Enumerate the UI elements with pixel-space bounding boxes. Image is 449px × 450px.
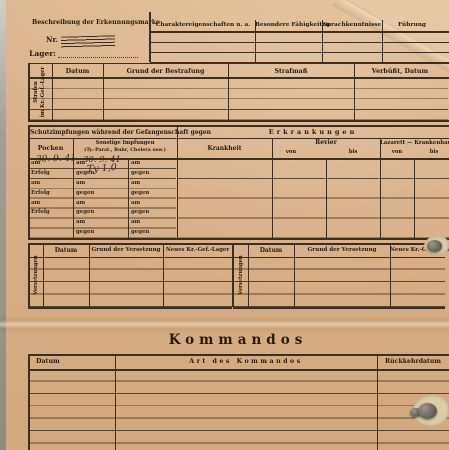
- handwritten-date-pocken: 30. 9. 41: [36, 153, 76, 164]
- entry-label: gegen: [129, 227, 176, 237]
- entry-label: am: [129, 158, 176, 168]
- strafen-col-grund: Grund der Bestrafung: [103, 66, 228, 77]
- traits-col1-header: Charaktereigenschaften u. a.: [151, 20, 255, 31]
- entry-label: am: [29, 198, 72, 208]
- rule-line: [150, 42, 449, 43]
- kommandos-title: Kommandos: [128, 332, 348, 348]
- strafen-col-strafmass: Strafmaß: [228, 66, 354, 77]
- entry-label: Erfolg: [29, 168, 72, 178]
- kommandos-col-datum: Datum: [30, 356, 86, 367]
- rule-line: [150, 52, 449, 53]
- scanned-document: Beschreibung der Erkennungsmarke Nr. Lag…: [0, 0, 449, 450]
- entry-label: gegen: [74, 207, 127, 217]
- horizontal-fold-crease: [0, 315, 449, 333]
- revier-header: Revier: [272, 139, 380, 147]
- entry-label: Erfolg: [29, 188, 72, 198]
- erkrankungen-title: Erkrankungen: [177, 127, 449, 138]
- traits-col4-header: Führung: [382, 20, 442, 31]
- nr-label: Nr.: [44, 34, 60, 45]
- lazarett-bis-label: bis: [420, 148, 448, 156]
- rule-line: [28, 120, 449, 122]
- handwritten-vaccine-type: Ty 1,0: [87, 162, 118, 175]
- entry-label: am: [74, 217, 127, 227]
- versetzungen-left-rows: [29, 257, 232, 307]
- traits-col3-header: Sprachkenntnisse: [322, 20, 382, 31]
- grommet-bottom: [418, 403, 437, 419]
- entry-label: am: [129, 198, 176, 208]
- nr-ruled-lines: [61, 35, 115, 47]
- versetzungen-col-neues: Neues Kr.-Gef.-Lager: [163, 245, 232, 256]
- erkrankungen-row-lines: [178, 159, 449, 238]
- entry-label: am: [129, 217, 176, 227]
- kommandos-col-rueckkehr: Rückkehrdatum: [377, 356, 449, 367]
- entry-label: gegen: [129, 168, 176, 178]
- versetzungen-col-grund: Grund der Versetzung: [294, 245, 390, 256]
- versetzungen-col-grund: Grund der Versetzung: [89, 245, 163, 256]
- entry-label: am: [74, 198, 127, 208]
- erkennungsmarke-title: Beschreibung der Erkennungsmarke: [32, 17, 150, 28]
- entry-label: am: [129, 178, 176, 188]
- entry-label: gegen: [129, 188, 176, 198]
- lager-answer-line: [58, 50, 138, 58]
- lager-label: Lager:: [29, 48, 56, 59]
- versetzungen-col-datum: Datum: [248, 245, 294, 256]
- entry-label: [29, 217, 72, 227]
- entry-label: am: [29, 178, 72, 188]
- lazarett-von-label: von: [383, 148, 411, 156]
- rule-line: [28, 307, 232, 309]
- strafen-col-datum: Datum: [52, 66, 103, 77]
- entry-label: am: [74, 178, 127, 188]
- pocken-entry-labels: am Erfolg am Erfolg am Erfolg: [29, 158, 72, 238]
- entry-label: Erfolg: [29, 207, 72, 217]
- pocken-header: Pocken: [28, 143, 73, 154]
- rule-line: [233, 307, 445, 309]
- sonstige-impfungen-subheader: (Ty.-Parat., Ruhr, Cholera usw.): [73, 147, 177, 155]
- versetzungen-col-datum: Datum: [43, 245, 89, 256]
- grommet-top: [427, 240, 442, 252]
- rule-line: [28, 63, 449, 64]
- entry-label: [29, 227, 72, 237]
- impfungen-title: Schutzimpfungen während der Gefangenscha…: [30, 127, 175, 138]
- lazarett-header: Lazarett — Krankenhaus: [380, 139, 449, 147]
- krankheit-header: Krankheit: [177, 143, 272, 154]
- revier-bis-label: bis: [338, 148, 368, 156]
- entry-label: gegen: [129, 207, 176, 217]
- strafen-empty-rows: [29, 78, 448, 120]
- sonstige-impfungen-header: Sonstige Impfungen: [73, 139, 177, 147]
- revier-von-label: von: [276, 148, 306, 156]
- versetzungen-right-rows: [234, 257, 445, 307]
- entry-label: gegen: [74, 227, 127, 237]
- entry-label: gegen: [74, 188, 127, 198]
- kommandos-empty-rows: [29, 369, 449, 450]
- rule-line: [28, 238, 449, 240]
- strafen-col-verbuesst: Verbüßt, Datum: [354, 66, 446, 77]
- kommandos-col-art: Art des Kommandos: [115, 356, 377, 367]
- rule-line: [150, 31, 449, 33]
- traits-col2-header: Besondere Fähigkeiten: [255, 20, 322, 31]
- sonstige2-entry-labels: am gegen am gegen am gegen am gegen: [129, 158, 176, 238]
